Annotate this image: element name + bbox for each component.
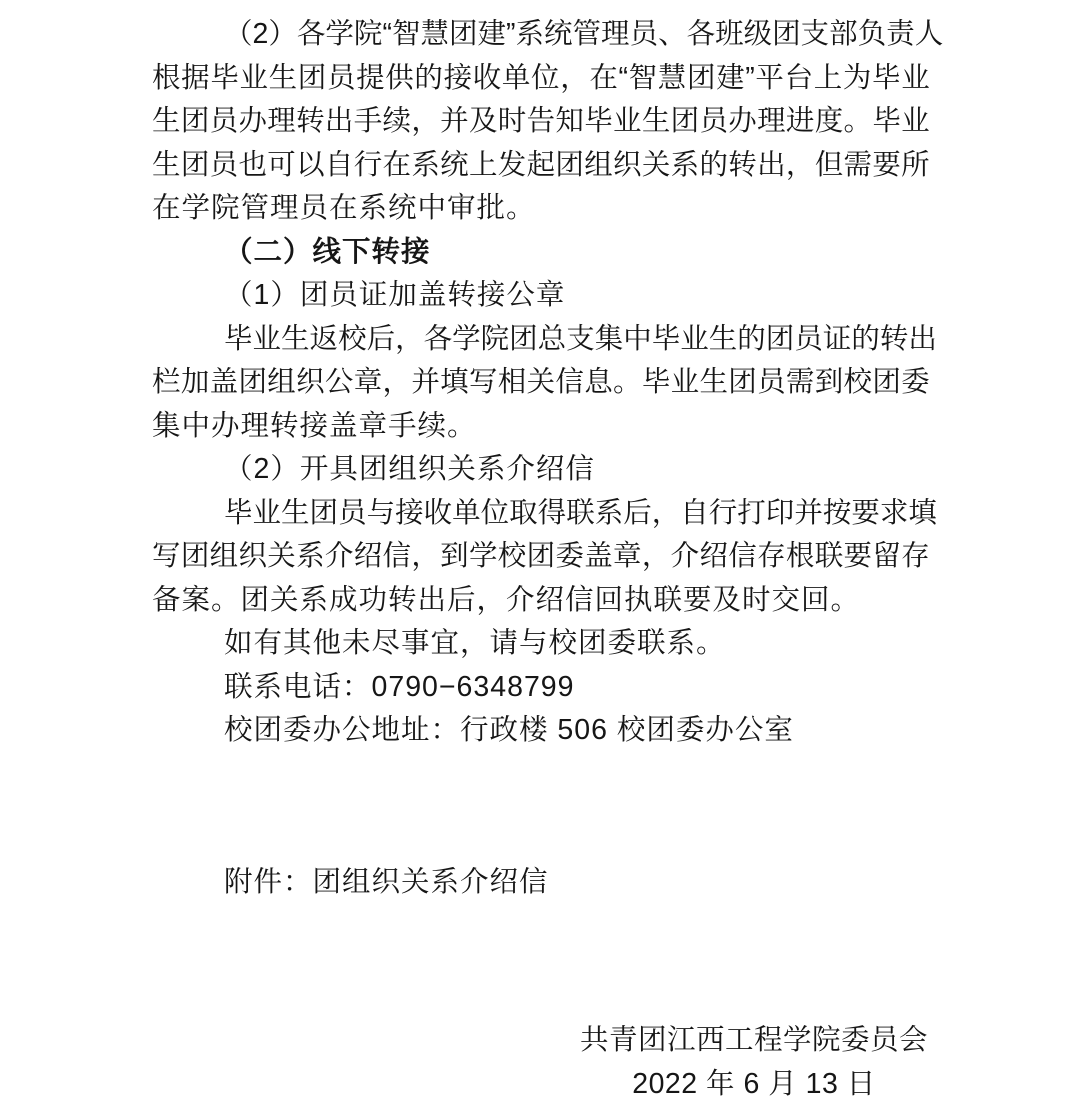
document-page: （2）各学院“智慧团建”系统管理员、各班级团支部负责人根据毕业生团员提供的接收单… [0,0,1080,1106]
text-line: 根据毕业生团员提供的接收单位，在“智慧团建”平台上为毕业 [152,57,930,101]
text-line: 校团委办公地址：行政楼 506 校团委办公室 [152,709,930,753]
text-line: 集中办理转接盖章手续。 [152,405,930,449]
text-line: （2）开具团组织关系介绍信 [152,448,930,492]
text-line: 在学院管理员在系统中审批。 [152,187,930,231]
text-line: 生团员办理转出手续，并及时告知毕业生团员办理进度。毕业 [152,100,930,144]
text-line: 栏加盖团组织公章，并填写相关信息。毕业生团员需到校团委 [152,361,930,405]
signature-date: 2022 年 6 月 13 日 [578,1063,930,1107]
signature-block: 共青团江西工程学院委员会 2022 年 6 月 13 日 [578,1019,930,1106]
text-line: 备案。团关系成功转出后，介绍信回执联要及时交回。 [152,579,930,623]
section-heading-line: （二）线下转接 [152,231,930,275]
text-line: 毕业生团员与接收单位取得联系后，自行打印并按要求填 [152,492,930,536]
text-line: 如有其他未尽事宜，请与校团委联系。 [152,622,930,666]
text-line: （1）团员证加盖转接公章 [152,274,930,318]
text-line: 联系电话：0790−6348799 [152,666,930,710]
document-body: （2）各学院“智慧团建”系统管理员、各班级团支部负责人根据毕业生团员提供的接收单… [152,13,930,904]
signature-org: 共青团江西工程学院委员会 [578,1019,930,1063]
text-line: 写团组织关系介绍信，到学校团委盖章，介绍信存根联要留存 [152,535,930,579]
text-line: （2）各学院“智慧团建”系统管理员、各班级团支部负责人 [152,13,930,57]
text-line: 附件：团组织关系介绍信 [152,861,930,905]
text-line: 生团员也可以自行在系统上发起团组织关系的转出，但需要所 [152,144,930,188]
page: { "document": { "background_color": "#ff… [0,0,1080,1120]
text-line: 毕业生返校后，各学院团总支集中毕业生的团员证的转出 [152,318,930,362]
